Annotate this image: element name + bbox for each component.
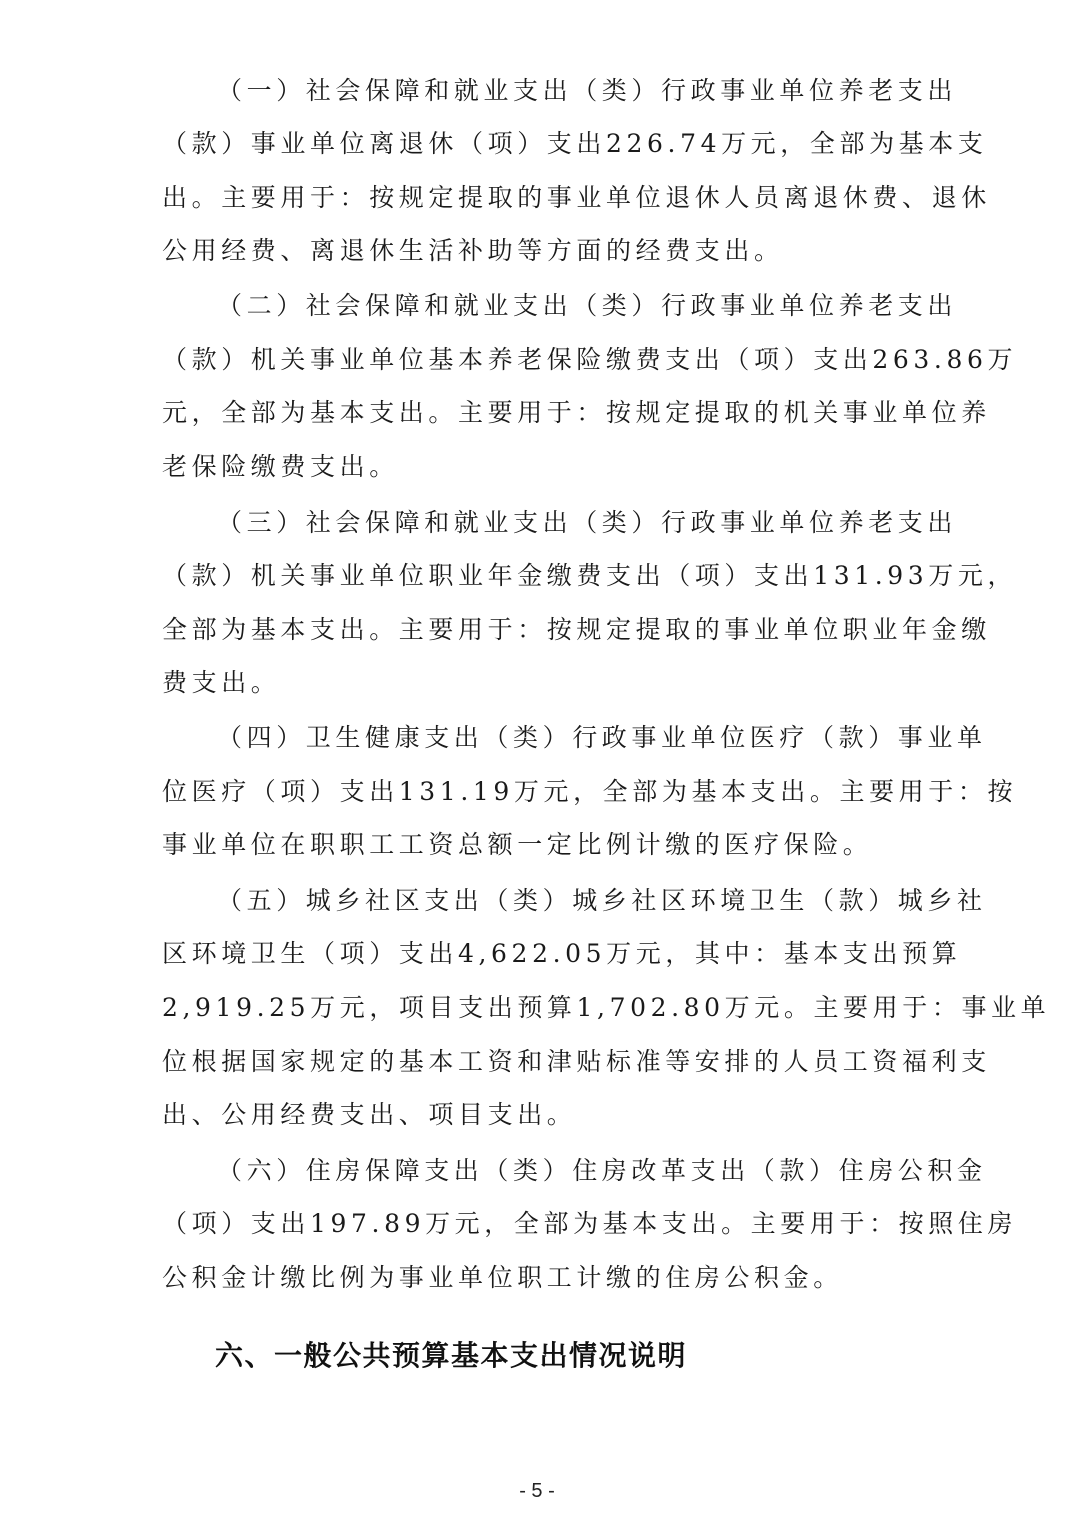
document-page: （一）社会保障和就业支出（类）行政事业单位养老支出 （款）事业单位离退休（项）支…: [0, 0, 1074, 1520]
paragraph-5-line-4: 位根据国家规定的基本工资和津贴标准等安排的人员工资福利支: [162, 1045, 930, 1079]
paragraph-1-line-2: （款）事业单位离退休（项）支出226.74万元，全部为基本支: [162, 127, 930, 161]
paragraph-6-line-3: 公积金计缴比例为事业单位职工计缴的住房公积金。: [162, 1261, 930, 1295]
paragraph-1-line-1: （一）社会保障和就业支出（类）行政事业单位养老支出: [217, 74, 985, 108]
paragraph-5-line-5: 出、公用经费支出、项目支出。: [162, 1098, 930, 1132]
paragraph-6-line-2: （项）支出197.89万元，全部为基本支出。主要用于：按照住房: [162, 1207, 930, 1241]
section-heading: 六、一般公共预算基本支出情况说明: [215, 1334, 687, 1374]
paragraph-5-line-1: （五）城乡社区支出（类）城乡社区环境卫生（款）城乡社: [217, 884, 985, 918]
paragraph-2-line-1: （二）社会保障和就业支出（类）行政事业单位养老支出: [217, 289, 985, 323]
paragraph-3-line-3: 全部为基本支出。主要用于：按规定提取的事业单位职业年金缴: [162, 613, 930, 647]
paragraph-4-line-1: （四）卫生健康支出（类）行政事业单位医疗（款）事业单: [217, 721, 985, 755]
paragraph-2-line-4: 老保险缴费支出。: [162, 450, 930, 484]
paragraph-3-line-4: 费支出。: [162, 666, 930, 700]
paragraph-3-line-2: （款）机关事业单位职业年金缴费支出（项）支出131.93万元，: [162, 559, 930, 593]
paragraph-5-line-2: 区环境卫生（项）支出4,622.05万元，其中：基本支出预算: [162, 937, 930, 971]
paragraph-1-line-4: 公用经费、离退休生活补助等方面的经费支出。: [162, 234, 930, 268]
paragraph-1-line-3: 出。主要用于：按规定提取的事业单位退休人员离退休费、退休: [162, 181, 930, 215]
paragraph-2-line-2: （款）机关事业单位基本养老保险缴费支出（项）支出263.86万: [162, 343, 930, 377]
paragraph-5-line-3: 2,919.25万元，项目支出预算1,702.80万元。主要用于：事业单: [162, 991, 930, 1025]
paragraph-4-line-2: 位医疗（项）支出131.19万元，全部为基本支出。主要用于：按: [162, 775, 930, 809]
paragraph-6-line-1: （六）住房保障支出（类）住房改革支出（款）住房公积金: [217, 1154, 985, 1188]
paragraph-3-line-1: （三）社会保障和就业支出（类）行政事业单位养老支出: [217, 506, 985, 540]
paragraph-4-line-3: 事业单位在职职工工资总额一定比例计缴的医疗保险。: [162, 828, 930, 862]
page-number: - 5 -: [0, 1480, 1074, 1503]
paragraph-2-line-3: 元，全部为基本支出。主要用于：按规定提取的机关事业单位养: [162, 396, 930, 430]
